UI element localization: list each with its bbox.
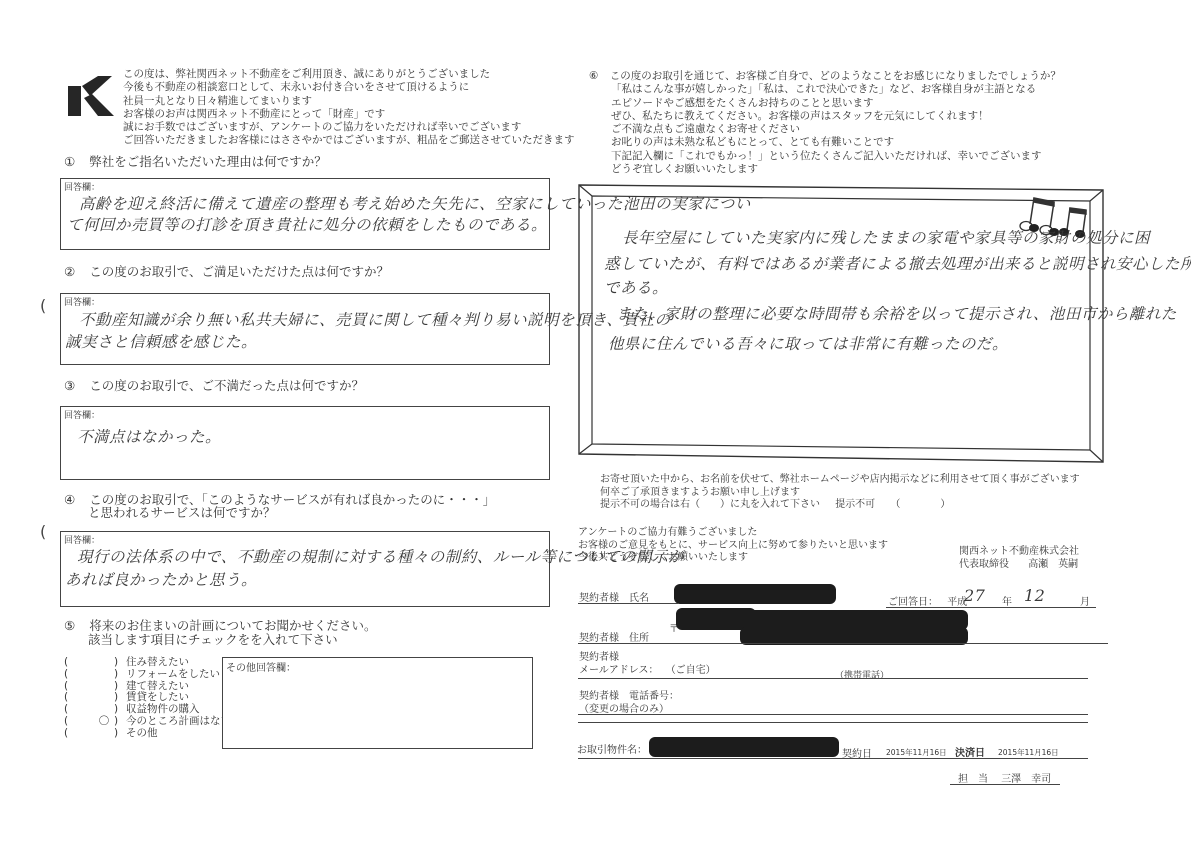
closing-line: アンケートのご協力有難うございました xyxy=(578,527,888,540)
question-text: 該当します項目にチェックをを入れて下さい xyxy=(88,633,376,646)
handwritten-answer-line: 長年空屋にしていた実家内に残したままの家電や家具等の家財の処分に困 xyxy=(622,226,1150,248)
intro-line: この度は、弊社関西ネット不動産をご利用頂き、誠にありがとうございました xyxy=(123,68,575,81)
year-unit: 年 xyxy=(1002,593,1012,608)
divider-line xyxy=(578,722,1088,723)
answer-box-2[interactable]: 回答欄： 不動産知識が余り無い私共夫婦に、売買に関して種々判り易い説明を頂き、貴… xyxy=(60,293,550,365)
intro-text: この度は、弊社関西ネット不動産をご利用頂き、誠にありがとうございました 今後も不… xyxy=(123,68,575,148)
email-home-label: （ご自宅） xyxy=(666,665,716,676)
option-reform[interactable]: ()リフォームをしたい xyxy=(64,669,231,681)
property-underline xyxy=(578,758,1088,759)
question-text: お叱りの声は未熟な私どもにとって、とても有難いことです xyxy=(611,136,1061,149)
option-no-plan[interactable]: (〇)今のところ計画はない xyxy=(64,716,231,728)
question-6: ⑥ この度のお取引を通じて、お客様ご自身で、どのようなことをお感じになりましたで… xyxy=(589,70,1061,176)
checkbox-mark[interactable] xyxy=(94,657,114,669)
question-text: 下記記入欄に「これでもかっ！」という位たくさんご記入いただければ、幸いでございま… xyxy=(611,150,1061,163)
closing-message: アンケートのご協力有難うございました お客様のご意見をもとに、サービス向上に努め… xyxy=(578,527,888,565)
settlement-date: 2015年11月16日 xyxy=(998,747,1059,758)
intro-line: ご回答いただきましたお客様にはささやかではございますが、粗品をご郵送させていただ… xyxy=(123,134,575,147)
handwritten-answer-line: て何回か売買等の打診を頂き貴社に処分の依頼をしたものである。 xyxy=(67,213,547,235)
question-text: この度のお取引で、ご満足いただけた点は何ですか？ xyxy=(89,264,389,279)
question-text: ご不満な点もご遠慮なくお寄せください xyxy=(611,123,1061,136)
refuse-checkbox[interactable]: （ ） xyxy=(890,499,950,510)
company-signature: 関西ネット不動産株式会社 代表取締役 高瀬 英嗣 xyxy=(959,545,1079,571)
representative-name: 高瀬 英嗣 xyxy=(1028,559,1078,570)
checkbox-mark[interactable] xyxy=(94,692,114,704)
reply-date: ご回答日： 平成 xyxy=(888,593,967,608)
closing-line: 今後共どうぞ宜しくお願いいたします xyxy=(578,552,888,565)
kansai-net-k-logo-icon xyxy=(68,76,114,118)
question-1: ① 弊社をご指名いただいた理由は何ですか？ xyxy=(64,154,327,169)
question-text: 弊社をご指名いただいた理由は何ですか？ xyxy=(89,154,327,169)
handwritten-answer-line: また、家財の整理に必要な時間帯も余裕を以って提示され、池田市から離れた xyxy=(616,302,1177,324)
option-label: 今のところ計画はない xyxy=(126,716,231,728)
handwritten-answer-line: あれば良かったかと思う。 xyxy=(65,568,257,590)
question-2: ② この度のお取引で、ご満足いただけた点は何ですか？ xyxy=(64,264,389,279)
intro-line: 今後も不動産の相談窓口として、末永いお付き合いをさせて頂けるように xyxy=(123,81,575,94)
plan-options: ()住み替えたい ()リフォームをしたい ()建て替えたい ()賃貸をしたい (… xyxy=(64,657,231,740)
reply-month[interactable]: 12 xyxy=(1024,586,1045,605)
intro-line: お客様のお声は関西ネット不動産にとって「財産」です xyxy=(123,108,575,121)
handwritten-answer-line: である。 xyxy=(604,276,668,298)
property-label: お取引物件名： xyxy=(577,741,647,756)
reply-year[interactable]: 27 xyxy=(964,586,985,605)
email-mobile-label: （携帯電話） xyxy=(835,668,889,681)
intro-line: 社員一丸となり日々精進してまいります xyxy=(123,95,575,108)
other-answer-box[interactable]: その他回答欄： xyxy=(222,657,533,749)
checkbox-mark[interactable] xyxy=(94,669,114,681)
settlement-date-label: 決済日 xyxy=(955,744,985,759)
checkbox-mark-checked[interactable]: 〇 xyxy=(94,716,114,728)
question-5: ⑤ 将来のお住まいの計画についてお聞かせください。 該当します項目にチェックをを… xyxy=(64,618,376,646)
question-text: この度のお取引を通じて、お客様ご自身で、どのようなことをお感じになりましたでしょ… xyxy=(610,70,1061,82)
staff: 担 当 三澤 幸司 xyxy=(958,770,1051,785)
answer-box-3[interactable]: 回答欄： 不満点はなかった。 xyxy=(60,406,550,480)
question-number: ① xyxy=(64,154,75,169)
handwritten-answer-line: 不満点はなかった。 xyxy=(77,425,221,447)
checkbox-mark[interactable] xyxy=(94,728,114,740)
month-unit: 月 xyxy=(1080,593,1090,608)
redacted-property-name xyxy=(649,737,839,757)
contract-date: 2015年11月16日 xyxy=(886,747,947,758)
answer-box-1[interactable]: 回答欄： 高齢を迎え終活に備えて遺産の整理も考え始めた矢先に、空家にしていった池… xyxy=(60,178,550,250)
other-answer-label: その他回答欄： xyxy=(226,659,296,674)
name-label: 契約者様 氏名 xyxy=(579,589,649,604)
question-text: エピソードやご感想をたくさんお持ちのことと思います xyxy=(611,97,1061,110)
staff-underline xyxy=(950,784,1060,785)
question-text: どうぞ宜しくお願いいたします xyxy=(611,163,1061,176)
question-number: ③ xyxy=(64,378,75,393)
answer-box-4[interactable]: 回答欄： 現行の法体系の中で、不動産の規制に対する種々の制約、ルール等についての… xyxy=(60,531,550,607)
question-number: ④ xyxy=(64,492,75,507)
handwritten-answer-line: 誠実さと信頼感を感じた。 xyxy=(65,330,257,352)
refuse-label: 提示不可 xyxy=(835,499,875,510)
question-4: ④ この度のお取引で、「このようなサービスが有れば良かったのに・・・」 と思われ… xyxy=(64,492,495,519)
answer-label: 回答欄： xyxy=(64,295,100,308)
notice-line: お寄せ頂いた中から、お名前を伏せて、弊社ホームページや店内掲示などに利用させて頂… xyxy=(600,474,1080,487)
question-text: 将来のお住まいの計画についてお聞かせください。 xyxy=(89,618,376,633)
question-text: と思われるサービスは何ですか？ xyxy=(88,507,495,519)
option-label: リフォームをしたい xyxy=(126,669,220,681)
question-text: ぜひ、私たちに教えてください。お客様の声はスタッフを元気にしてくれます！ xyxy=(611,110,1061,123)
answer-label: 回答欄： xyxy=(64,408,100,421)
address-label: 契約者様 住所 xyxy=(579,629,649,644)
closing-line: お客様のご意見をもとに、サービス向上に努めて参りたいと思います xyxy=(578,540,888,553)
address-underline xyxy=(578,643,1108,644)
handwritten-answer-line: 惑していたが、有料ではあるが業者による撤去処理が出来ると説明され安心した所 xyxy=(604,252,1191,274)
email-underline xyxy=(578,678,1088,679)
option-other[interactable]: ()その他 xyxy=(64,728,231,740)
refuse-instruction: 提示不可の場合は右（ ）に丸を入れて下さい xyxy=(600,499,820,510)
email-labels: 契約者様 メールアドレス： （ご自宅） xyxy=(579,651,716,677)
company-name: 関西ネット不動産株式会社 xyxy=(959,545,1079,558)
email-label: メールアドレス： xyxy=(579,665,659,676)
handwritten-answer-line: 他県に住んでいる吾々に取っては非常に有難ったのだ。 xyxy=(608,332,1008,354)
answer-box-6[interactable]: 長年空屋にしていた実家内に残したままの家電や家具等の家財の処分に困 惑していたが… xyxy=(576,182,1106,466)
question-text: 「私はこんな事が嬉しかった」「私は、これで決心できた」など、お客様自身が主語とな… xyxy=(611,83,1061,96)
phone-label: 契約者様 電話番号： xyxy=(579,690,679,703)
company-logo xyxy=(68,76,114,118)
email-label: 契約者様 xyxy=(579,651,716,664)
phone-underline xyxy=(578,714,1088,715)
question-number: ⑤ xyxy=(64,618,75,633)
publication-notice: お寄せ頂いた中から、お名前を伏せて、弊社ホームページや店内掲示などに利用させて頂… xyxy=(600,474,1080,512)
option-label: その他 xyxy=(126,728,158,740)
question-3: ③ この度のお取引で、ご不満だった点は何ですか？ xyxy=(64,378,364,393)
notice-line: 何卒ご了承頂きますようお願い申し上げます xyxy=(600,487,1080,500)
name-underline xyxy=(578,603,678,604)
intro-line: 誠にお手数ではございますが、アンケートのご協力をいただければ幸いでございます xyxy=(123,121,575,134)
margin-mark: ( xyxy=(40,522,46,541)
phone-labels: 契約者様 電話番号： （変更の場合のみ） xyxy=(579,690,679,716)
date-underline xyxy=(886,607,1096,608)
question-number: ② xyxy=(64,264,75,279)
representative-title: 代表取締役 xyxy=(959,559,1009,570)
checkbox-mark[interactable] xyxy=(94,681,114,693)
redacted-name xyxy=(674,584,836,604)
margin-mark: ( xyxy=(40,296,46,315)
question-number: ⑥ xyxy=(589,70,598,82)
question-text: この度のお取引で、ご不満だった点は何ですか？ xyxy=(89,378,364,393)
